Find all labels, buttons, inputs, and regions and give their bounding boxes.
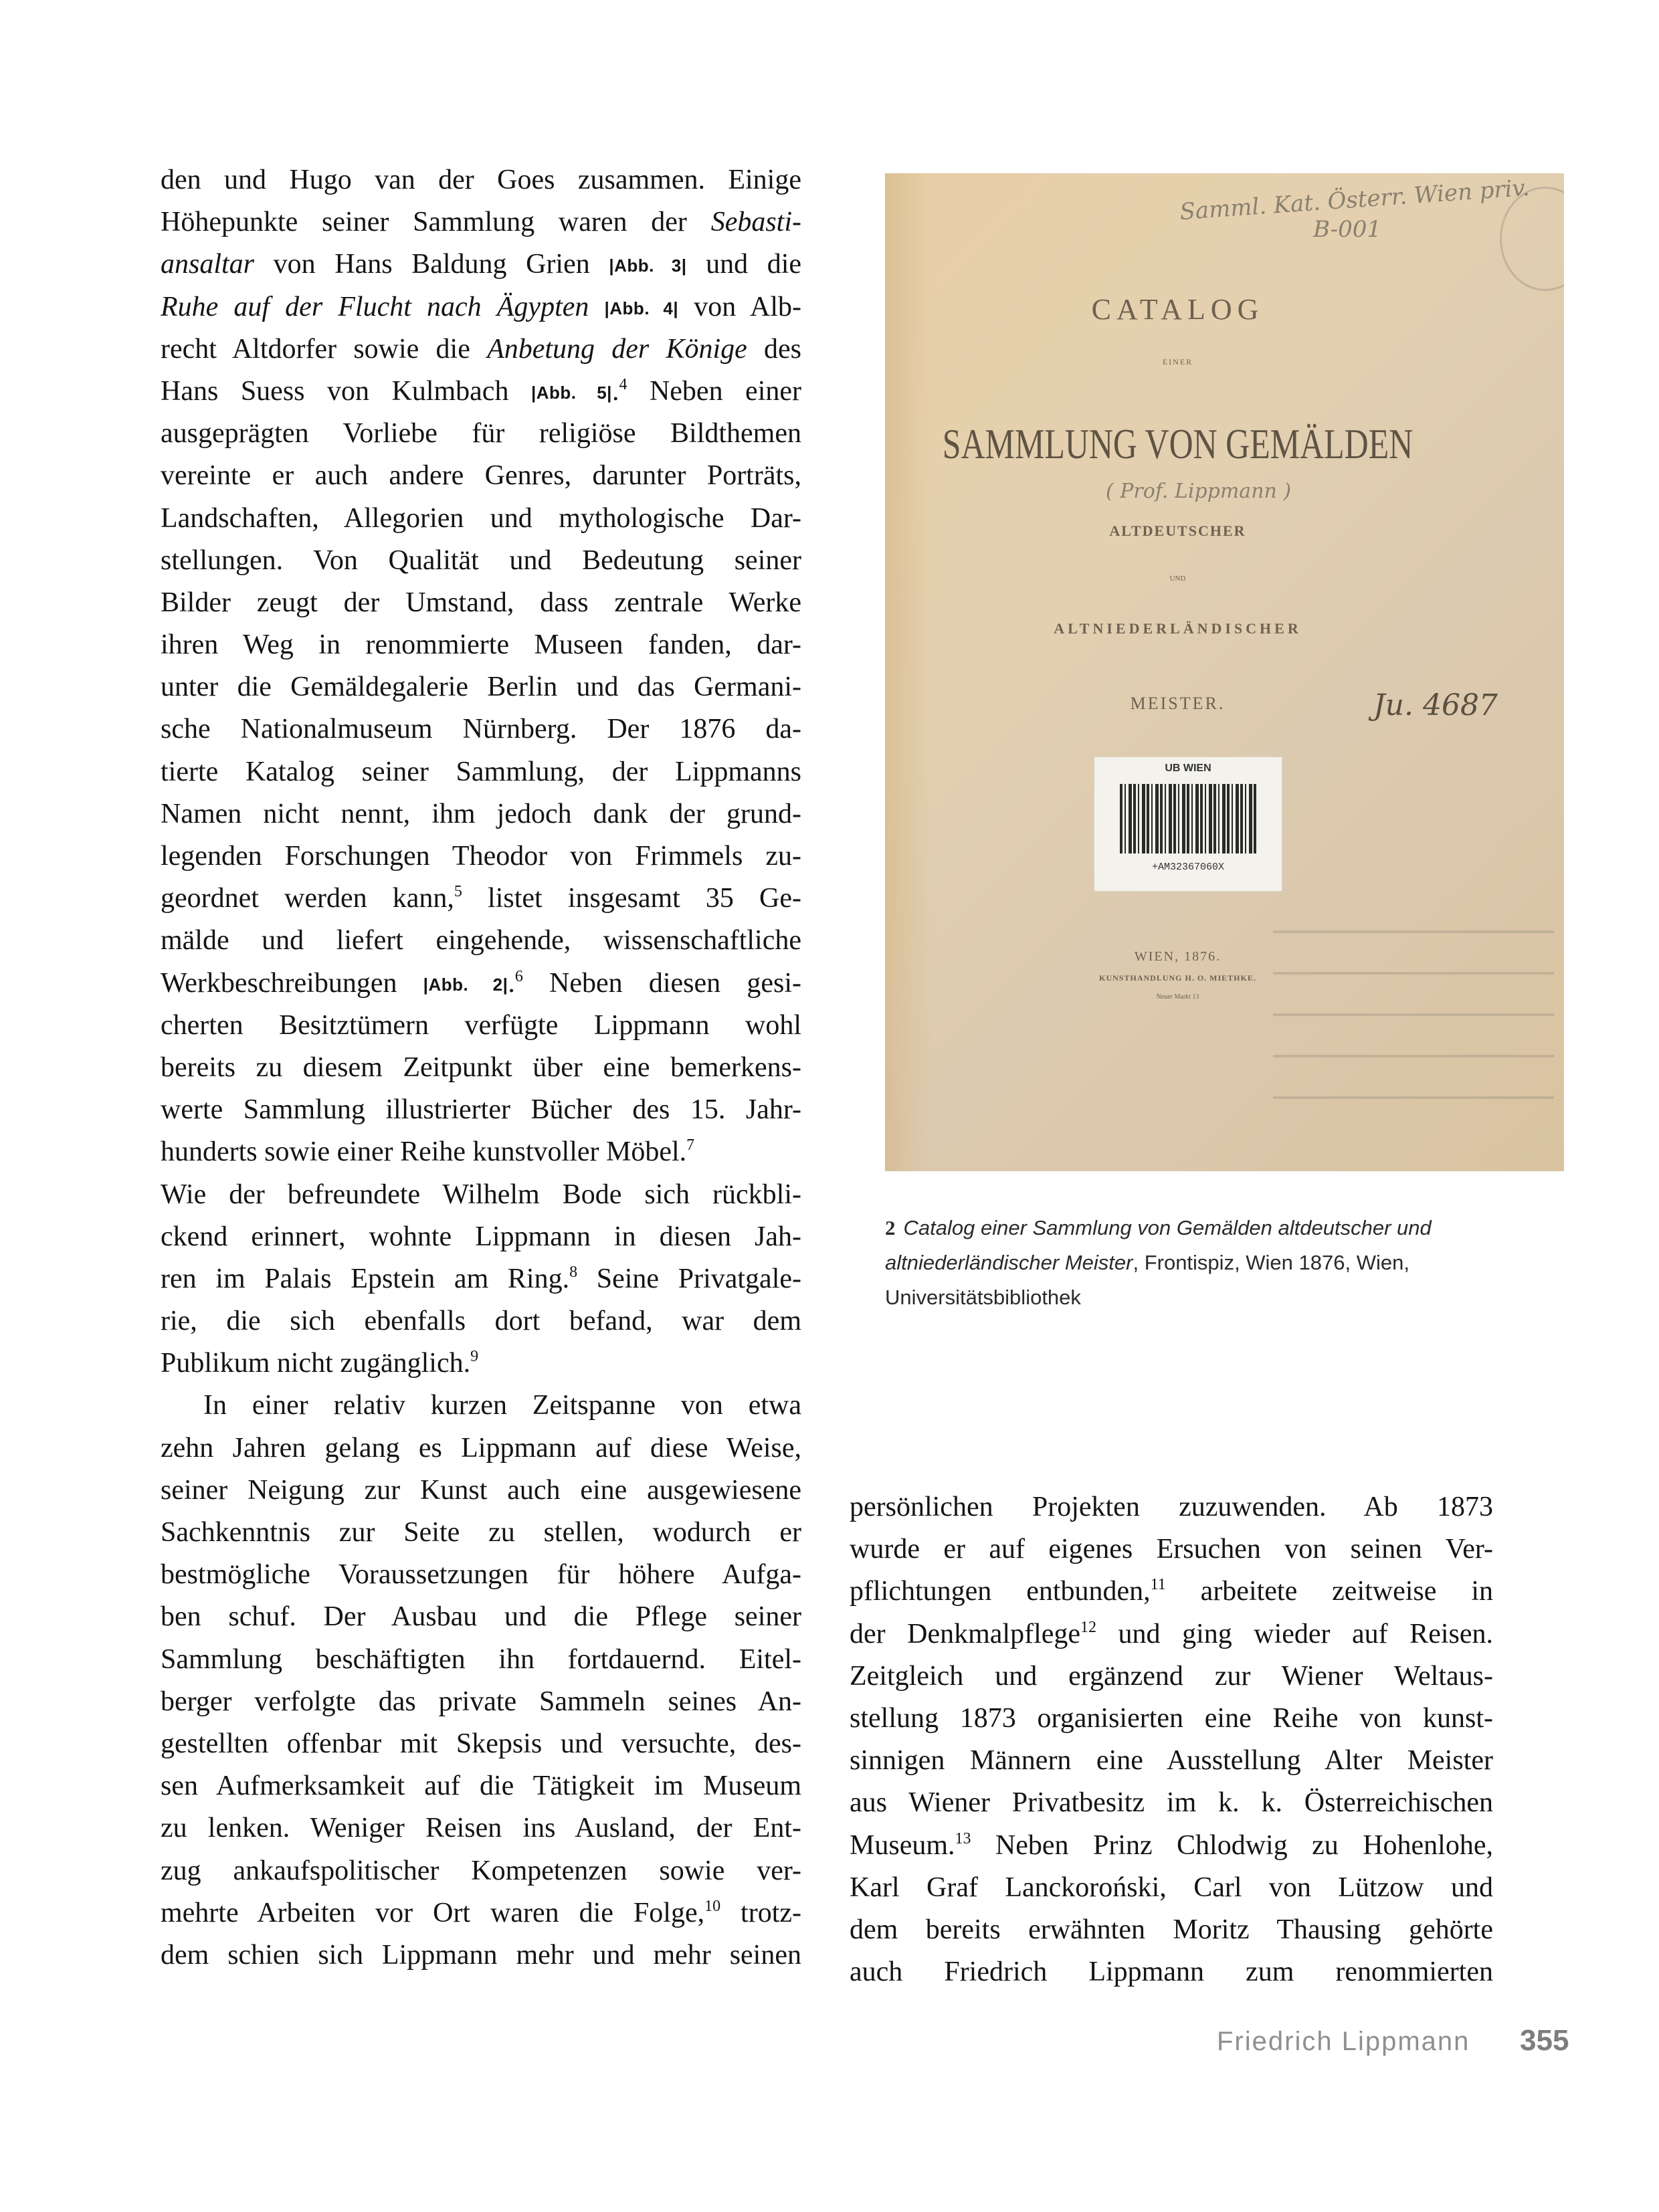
- text-line: mehrte Arbeiten vor Ort waren die Folge,…: [161, 1892, 801, 1934]
- text-line: persönlichen Projekten zuzuwenden. Ab 18…: [850, 1486, 1493, 1528]
- text-line: ren im Palais Epstein am Ring.8 Seine Pr…: [161, 1258, 801, 1300]
- text-line: Karl Graf Lanckoroński, Carl von Lützow …: [850, 1867, 1493, 1909]
- text-line: Ruhe auf der Flucht nach Ägypten |Abb. 4…: [161, 286, 801, 328]
- catalog-word: UND: [885, 575, 1517, 583]
- library-barcode-label: UB WIEN +AM32367060X: [1094, 757, 1282, 892]
- handwritten-note: B-001: [1313, 216, 1381, 243]
- handwritten-name: ( Prof. Lippmann ): [1106, 480, 1291, 503]
- text-line: Bilder zeugt der Umstand, dass zentrale …: [161, 582, 801, 624]
- barcode-number: +AM32367060X: [1094, 862, 1282, 873]
- figure-reference[interactable]: |Abb. 2|: [423, 975, 508, 995]
- footnote-marker[interactable]: 10: [704, 1898, 720, 1915]
- text-line: zu lenken. Weniger Reisen ins Ausland, d…: [161, 1807, 801, 1849]
- text-line: ckend erinnert, wohnte Lippmann in diese…: [161, 1216, 801, 1258]
- text-line: pflichtungen entbunden,11 arbeitete zeit…: [850, 1571, 1493, 1613]
- right-text-column: persönlichen Projekten zuzuwenden. Ab 18…: [850, 1486, 1493, 1993]
- text-line: ben schuf. Der Ausbau und die Pflege sei…: [161, 1596, 801, 1638]
- text-line: ihren Weg in renommierte Museen fanden, …: [161, 624, 801, 666]
- text-line: Museum.13 Neben Prinz Chlodwig zu Hohenl…: [850, 1825, 1493, 1867]
- figure-reference[interactable]: |Abb. 3|: [609, 256, 686, 276]
- text-line: dem bereits erwähnten Moritz Thausing ge…: [850, 1909, 1493, 1951]
- page-number: 355: [1520, 2024, 1569, 2057]
- text-line: sinnigen Männern eine Ausstellung Alter …: [850, 1740, 1493, 1782]
- footnote-marker[interactable]: 5: [454, 883, 462, 900]
- catalog-line: ALTNIEDERLÄNDISCHER: [885, 620, 1517, 637]
- text-line: Namen nicht nennt, ihm jedoch dank der g…: [161, 793, 801, 835]
- text-line: Sachkenntnis zur Seite zu stellen, wodur…: [161, 1512, 801, 1554]
- text-line: Sammlung beschäftigten ihn fortdauernd. …: [161, 1639, 801, 1681]
- footnote-marker[interactable]: 7: [686, 1136, 694, 1154]
- footnote-marker[interactable]: 8: [569, 1264, 577, 1281]
- handwritten-shelfmark: Ju. 4687: [1373, 688, 1498, 722]
- text-line: mälde und liefert eingehende, wissenscha…: [161, 920, 801, 962]
- text-line: unter die Gemäldegalerie Berlin und das …: [161, 666, 801, 708]
- text-line: vereinte er auch andere Genres, darunter…: [161, 455, 801, 497]
- text-line: stellung 1873 organisierten eine Reihe v…: [850, 1698, 1493, 1740]
- text-line: berger verfolgte das private Sammeln sei…: [161, 1681, 801, 1723]
- text-line: den und Hugo van der Goes zusammen. Eini…: [161, 159, 801, 201]
- figure-reference[interactable]: |Abb. 5|: [531, 383, 612, 403]
- left-text-column: den und Hugo van der Goes zusammen. Eini…: [161, 159, 801, 1977]
- figure-caption: 2Catalog einer Sammlung von Gemälden alt…: [885, 1211, 1554, 1315]
- catalog-title: CATALOG: [885, 292, 1517, 326]
- figure-number: 2: [885, 1216, 896, 1239]
- text-line: gestellten offenbar mit Skepsis und vers…: [161, 1723, 801, 1765]
- text-line: hunderts sowie einer Reihe kunstvoller M…: [161, 1131, 801, 1173]
- text-line: bereits zu diesem Zeitpunkt über eine be…: [161, 1047, 801, 1089]
- text-line: auch Friedrich Lippmann zum renommierten: [850, 1951, 1493, 1993]
- text-line: recht Altdorfer sowie die Anbetung der K…: [161, 328, 801, 371]
- text-line: tierte Katalog seiner Sammlung, der Lipp…: [161, 751, 801, 793]
- footnote-marker[interactable]: 6: [515, 968, 523, 985]
- text-line: Wie der befreundete Wilhelm Bode sich rü…: [161, 1174, 801, 1216]
- text-line: ausgeprägten Vorliebe für religiöse Bild…: [161, 413, 801, 455]
- catalog-line: ALTDEUTSCHER: [885, 522, 1517, 540]
- text-line: seiner Neigung zur Kunst auch eine ausge…: [161, 1470, 801, 1512]
- text-line: Höhepunkte seiner Sammlung waren der Seb…: [161, 201, 801, 243]
- paragraph-first-line: In einer relativ kurzen Zeitspanne von e…: [161, 1385, 801, 1427]
- text-line: rie, die sich ebenfalls dort befand, war…: [161, 1300, 801, 1342]
- imprint-publisher: KUNSTHANDLUNG H. O. MIETHKE.: [885, 973, 1517, 983]
- running-head: Friedrich Lippmann: [1217, 2027, 1470, 2057]
- text-line: bestmögliche Voraussetzungen für höhere …: [161, 1554, 801, 1596]
- imprint-address: Neuer Markt 13: [885, 993, 1517, 1001]
- imprint-city: WIEN, 1876.: [885, 949, 1517, 965]
- text-line: zehn Jahren gelang es Lippmann auf diese…: [161, 1427, 801, 1470]
- text-line: sche Nationalmuseum Nürnberg. Der 1876 d…: [161, 708, 801, 750]
- text-line: Hans Suess von Kulmbach |Abb. 5|.4 Neben…: [161, 371, 801, 413]
- catalog-main-title: SAMMLUNG VON GEMÄLDEN: [913, 419, 1443, 469]
- text-line: wurde er auf eigenes Ersuchen von seinen…: [850, 1528, 1493, 1571]
- text-line: geordnet werden kann,5 listet insgesamt …: [161, 878, 801, 920]
- footnote-marker[interactable]: 13: [955, 1830, 971, 1847]
- text-line: ansaltar von Hans Baldung Grien |Abb. 3|…: [161, 243, 801, 286]
- text-line: Zeitgleich und ergänzend zur Wiener Welt…: [850, 1655, 1493, 1698]
- text-line: zug ankaufspolitischer Kompetenzen sowie…: [161, 1850, 801, 1892]
- barcode-icon: [1120, 784, 1257, 853]
- footnote-marker[interactable]: 12: [1080, 1619, 1096, 1636]
- catalog-frontispiece-image: Samml. Kat. Österr. Wien priv. B-001 CAT…: [885, 173, 1564, 1171]
- text-line: Publikum nicht zugänglich.9: [161, 1342, 801, 1385]
- barcode-label: UB WIEN: [1094, 763, 1282, 775]
- handwritten-annotation-block: [1273, 902, 1554, 1130]
- text-line: stellungen. Von Qualität und Bedeutung s…: [161, 540, 801, 582]
- text-line: werte Sammlung illustrierter Bücher des …: [161, 1089, 801, 1131]
- catalog-word: EINER: [885, 357, 1517, 367]
- text-line: der Denkmalpflege12 und ging wieder auf …: [850, 1613, 1493, 1655]
- text-line: legenden Forschungen Theodor von Frimmel…: [161, 835, 801, 878]
- text-line: dem schien sich Lippmann mehr und mehr s…: [161, 1934, 801, 1977]
- text-line: Werkbeschreibungen |Abb. 2|.6 Neben dies…: [161, 963, 801, 1005]
- text-line: cherten Besitztümern verfügte Lippmann w…: [161, 1005, 801, 1047]
- text-line: sen Aufmerksamkeit auf die Tätigkeit im …: [161, 1765, 801, 1807]
- footnote-marker[interactable]: 4: [619, 376, 627, 393]
- footnote-marker[interactable]: 9: [470, 1348, 478, 1365]
- text-line: aus Wiener Privatbesitz im k. k. Österre…: [850, 1782, 1493, 1824]
- text-line: Landschaften, Allegorien und mythologisc…: [161, 498, 801, 540]
- figure-reference[interactable]: |Abb. 4|: [605, 298, 679, 318]
- footnote-marker[interactable]: 11: [1151, 1576, 1166, 1593]
